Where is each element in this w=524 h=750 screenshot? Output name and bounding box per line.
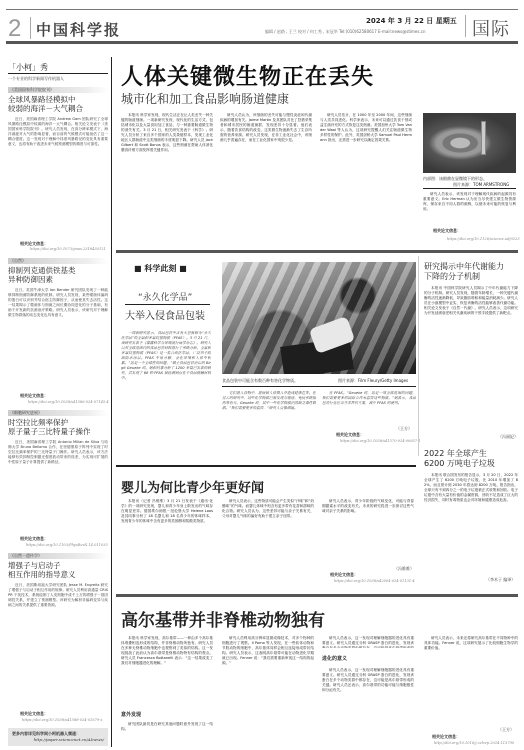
infant-signature: 相关论文信息： xyxy=(330,572,358,578)
lead-signature: 相关论文信息： xyxy=(433,228,461,234)
sidebar-item-tag: 《细胞研究进展》 xyxy=(8,410,108,416)
sidebar-column-title: 「小柯」秀 xyxy=(8,62,48,73)
sidebar-item-body: 近日，美国麻省理工学院 Antonio Millan de Silva 与哈佛大… xyxy=(8,440,108,533)
lead-body-col4: 研究人员表示，该发现对于理解现代疾病的起源具有重要意义。Eric Herman … xyxy=(423,192,516,224)
lead-subheadline: 城市化和加工食品影响肠道健康 xyxy=(121,90,289,107)
sidebar-item-doi[interactable]: https://doi.org/10.1038/s41588-024-01679… xyxy=(22,718,102,722)
right-article1-headline[interactable]: 研究揭示中年代谢能力 下降的分子机制 xyxy=(424,262,518,282)
lead-body-col1: 本报讯 科学家发现，现代生活正在让人类丢失一种关键的肠道细菌。一项新研究发现，现… xyxy=(121,113,213,244)
section-rule-2 xyxy=(116,465,416,467)
sidebar-item-tag: 《美国国家科学院院刊》 xyxy=(8,87,108,93)
right-article1-body: 本报讯 中国科学院研究人员揭示了中年代谢能力下降的分子机制。研究人员发现，随着年… xyxy=(424,286,518,436)
infant-body-col3: 研究人员表示，青少年阶段的气味变化，可能与青春期激素水平的改变有关。未来的研究将… xyxy=(322,499,414,565)
sidebar-item-body: 近日，美国麻省理工学院 Andrew Gam 团队研究了全球风暴路径模拟中较弱的… xyxy=(8,117,108,209)
infant-headline[interactable]: 婴儿为何比青少年更好闻 xyxy=(121,477,264,496)
feature-photo-packaging xyxy=(222,262,416,374)
section-rule-1 xyxy=(116,250,518,253)
feature-section-label: ■ 科学此刻 ■ xyxy=(134,263,187,274)
sidebar-divider xyxy=(111,57,112,747)
golgi-subhead2: 进化的意义 xyxy=(322,655,347,662)
golgi-body-col4: 研究人员表示，未来还将研究高尔基带在不同物种中的具体功能。Fenner 说，这项… xyxy=(424,636,518,728)
section-name: 国际 xyxy=(472,15,510,41)
lead-headline[interactable]: 人体关键微生物正在丢失 xyxy=(121,60,374,91)
sidebar-footer-url[interactable]: http://paper.sciencenet.cn/AInews/ xyxy=(12,737,104,743)
infant-doi[interactable]: https://doi.org/10.1038/s42004-024-01131… xyxy=(334,579,415,583)
masthead-bottom-rule xyxy=(6,41,518,44)
infant-body-col1: 本报讯（记者 冯维维）3 月 21 日发表于《通讯·化学》的一项研究发现，婴儿和… xyxy=(121,499,213,581)
golgi-subhead1: 意外发现 xyxy=(121,711,141,718)
sidebar-item-body: 近日，美国斯坦福大学研究团队 Jesse M. Engreitz 研究了增强子与… xyxy=(8,583,108,713)
feature-headline-line2[interactable]: 大举入侵食品包装 xyxy=(125,307,205,322)
lead-body-col2: 研究人员认为，该细菌的丢失可能与慢性炎症和代谢疾病的增加有关。Jaime Mar… xyxy=(220,113,312,244)
feature-body-col3: 在 PFAS。“Geueke 说，这是一项全球范围的问题，我们需要更多的国际合作… xyxy=(322,391,416,427)
feature-photo-credit: 图片来源：Film Fleury/Getty Images xyxy=(338,378,408,384)
sidebar-item-doi[interactable]: https://doi.org/10.1038/s41586-024-07145… xyxy=(28,400,109,404)
lead-body-col3: 研究人员估计，在 1000 年至 2000 年间，这些细菌与人类共同进化。科学家… xyxy=(320,113,412,244)
editors-line: 编辑 / 赵路 , 王兰 校对 / 何工秀 , 宋冠华 Tel:(010)625… xyxy=(265,29,425,35)
right-article2-body: 本报讯 联合国发布的报告显示，3 月 20 日，2022 年全球产生了 6200… xyxy=(424,473,518,578)
feature-body-col2: 它们进入食物中，进而被人体摄入并造成健康危害。在过去的研究中，这些化学物质已被发… xyxy=(222,391,316,449)
page-number: 2 xyxy=(8,17,21,41)
sidebar-item-tag: 《自然》 xyxy=(8,258,108,264)
golgi-body-col3: 研究人员表示，这一发现对理解细胞器的进化具有重要意义。研究人员通过分析 GRAS… xyxy=(322,668,414,744)
golgi-headline[interactable]: 高尔基带并非脊椎动物独有 xyxy=(121,606,325,631)
lead-doi[interactable]: https://doi.org/10.1126/science.adj9223 xyxy=(447,237,520,241)
sidebar-item-tag: 《自然－遗传学》 xyxy=(8,553,108,559)
masthead-top-rule xyxy=(6,9,518,10)
feature-photo-caption: 食品包装中可能含有数百种有害化学物质。 xyxy=(222,378,298,384)
right-article2-headline[interactable]: 2022 年全球产生 6200 万吨电子垃圾 xyxy=(424,449,518,469)
golgi-body-col1: 本报讯 科学家发现，高尔基带——一种由多个高尔基体堆叠相连形成的结构，并非脊椎动… xyxy=(121,636,213,704)
lead-photo-rule xyxy=(423,188,516,189)
sidebar-item-body: 近日，英国牛津大学 Ian Bender 研究团队发现了一种能够抑制细菌防御系统… xyxy=(8,288,108,388)
feature-photo-rule xyxy=(222,386,416,387)
infant-body-col2: 研究人员表示，这些物质可能会产生类似“汗味”和“奶酪味”的气味。而婴儿体味中则含… xyxy=(222,499,314,581)
golgi-doi[interactable]: http://doi.org/10.1016/j.celrep.2024.113… xyxy=(434,741,514,745)
sidebar-title-rule xyxy=(8,73,108,74)
feature-body-col1: 一项新研究显示，食品包装中含有大量被称为“永久化学品”的全氟和多氟烷基物质（PF… xyxy=(121,331,211,456)
sidebar-item-headline[interactable]: 时空拉比频率保护 原子量子三比特量子操作 xyxy=(8,418,108,436)
sidebar-item-headline[interactable]: 抑制列克通供铁基类 异种防御因素 xyxy=(8,266,108,284)
sidebar-item-headline[interactable]: 增强子与启动子 相互作用的指导意义 xyxy=(8,561,108,579)
sidebar-column-subtitle: 一个专业的科学新闻写作机器人 xyxy=(8,76,64,82)
infant-byline: （冯维维） xyxy=(394,566,414,572)
sidebar-item-doi[interactable]: https://doi.org/10.1103/PhysRevX.14.0110… xyxy=(26,543,108,547)
section-divider xyxy=(465,15,466,37)
feature-doi[interactable]: https://doi.org/10.1038/s41370-024-00657… xyxy=(340,439,421,443)
golgi-byline: （王方） xyxy=(498,727,514,733)
sidebar-item-doi[interactable]: https://doi.org/10.1073/pnas.2318430121 xyxy=(30,247,106,251)
right-article1-byline: （冯丽妃） xyxy=(498,434,518,440)
paper-name: 中国科学报 xyxy=(36,19,121,40)
sidebar-item-headline[interactable]: 全球风暴路径模拟中 较弱的海洋－大气耦合 xyxy=(8,95,108,113)
feature-signature: 相关论文信息： xyxy=(336,432,364,438)
issue-date: 2024 年 3 月 22 日 星期五 xyxy=(366,16,457,26)
sidebar-item-signature: 相关论文信息： xyxy=(20,393,48,399)
section-rule-3 xyxy=(116,594,518,597)
golgi-signature: 相关论文信息： xyxy=(432,734,460,740)
page-number-divider xyxy=(30,17,31,39)
sidebar-item-signature: 相关论文信息： xyxy=(20,536,48,542)
lead-photo-microbe xyxy=(423,113,516,173)
label-marker-left: ■ xyxy=(134,264,144,273)
feature-headline-rule xyxy=(125,304,210,305)
sidebar-item-signature: 相关论文信息： xyxy=(20,711,48,717)
right-article2-byline: （李木子 编译） xyxy=(486,577,515,583)
feature-headline-line1[interactable]: “永久化学品” xyxy=(138,290,192,303)
label-marker-right: ■ xyxy=(176,264,186,273)
feature-byline: （王方） xyxy=(396,426,412,432)
sidebar-footer-box: 更多内容详见科学网小柯机器人频道： http://paper.sciencene… xyxy=(8,728,108,746)
golgi-body-col1b: 研究团队最初是在研究其他问题时意外发现了这一结构。 xyxy=(121,722,213,744)
golgi-body-col3-top: 研究人员表示，这一发现对理解细胞器的进化具有重要意义。研究人员通过分析 GRAS… xyxy=(322,636,414,648)
right-column-divider xyxy=(418,256,419,456)
golgi-body-col2: 研究人员利用高分辨率显微成像技术，对多个物种的细胞进行了观察。Il Pomo 等… xyxy=(222,636,314,744)
